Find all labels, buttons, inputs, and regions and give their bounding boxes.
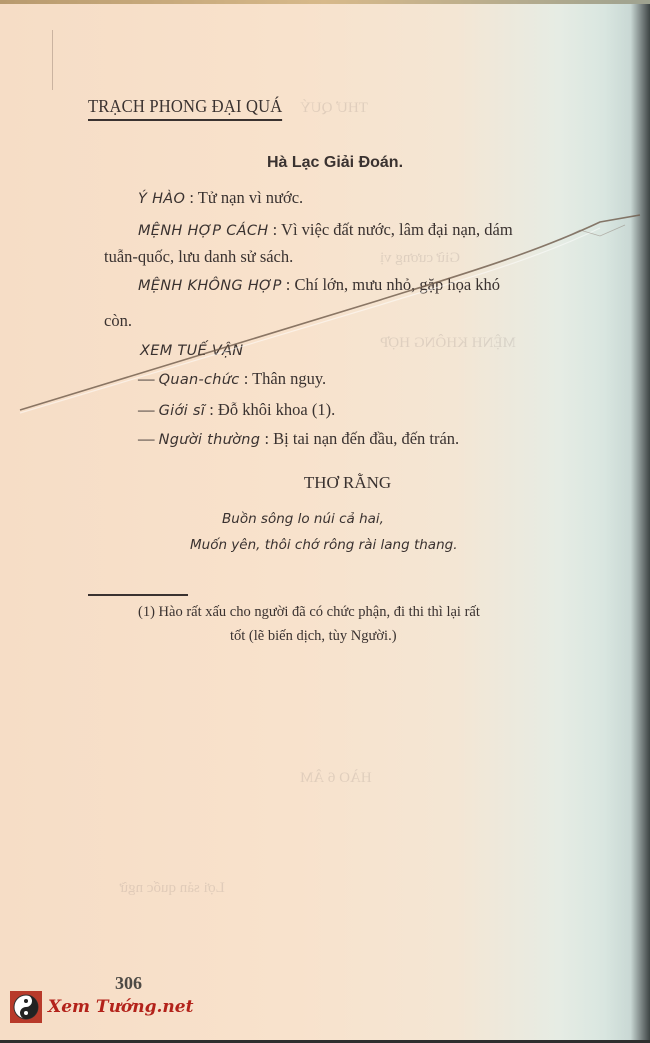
menh-hop-cach-label: MỆNH HỢP CÁCH <box>138 223 269 239</box>
dash: — <box>138 369 155 388</box>
bleed-through: THƯ QUÝ <box>300 100 368 117</box>
watermark[interactable]: Xem Tướng.net <box>10 991 193 1023</box>
tue-van-item-text: : Đỗ khôi khoa (1). <box>209 400 335 419</box>
xem-tue-van-heading: XEM TUẾ VẬN <box>140 335 243 366</box>
y-hao-paragraph: Ý HÀO : Tử nạn vì nước. <box>138 183 303 214</box>
tue-van-item: — Quan-chức : Thân nguy. <box>138 364 326 395</box>
poem-title: THƠ RẰNG <box>0 473 650 493</box>
tue-van-item-label: Người thường <box>159 432 261 448</box>
tue-van-item: — Người thường : Bị tai nạn đến đầu, đến… <box>138 424 459 455</box>
crease-line <box>52 30 53 90</box>
tue-van-item-text: : Thân nguy. <box>244 369 327 388</box>
menh-khong-hop-label: MỆNH KHÔNG HỢP <box>138 278 282 294</box>
bleed-through: MỆNH KHÔNG HỢP <box>380 335 516 352</box>
tue-van-item: — Giới sĩ : Đỗ khôi khoa (1). <box>138 395 335 426</box>
y-hao-text: : Tử nạn vì nước. <box>189 188 303 207</box>
running-head: TRẠCH PHONG ĐẠI QUÁ <box>88 96 282 121</box>
menh-khong-hop-continuation: còn. <box>104 306 132 335</box>
y-hao-label: Ý HÀO <box>138 191 185 207</box>
menh-khong-hop-text: : Chí lớn, mưu nhỏ, gặp họa khó <box>286 275 500 294</box>
bleed-through: Giữ cương vị <box>380 250 460 267</box>
xem-tue-van-label: XEM TUẾ VẬN <box>140 343 243 359</box>
bleed-through: Lợi sản quốc ngữ <box>120 880 225 897</box>
poem-line: Buồn sông lo núi cả hai, <box>222 511 384 527</box>
tue-van-item-label: Quan-chức <box>159 372 240 388</box>
poem-line: Muốn yên, thôi chớ rông rài lang thang. <box>190 537 458 553</box>
dash: — <box>138 429 155 448</box>
footnote-line: tốt (lẽ biến dịch, tùy Người.) <box>230 628 397 645</box>
footnote-rule <box>88 594 188 596</box>
footnote-line: (1) Hào rất xấu cho người đã có chức phậ… <box>138 604 480 621</box>
dash: — <box>138 400 155 419</box>
tue-van-item-text: : Bị tai nạn đến đầu, đến trán. <box>264 429 459 448</box>
menh-hop-cach-text: : Vì việc đất nước, lâm đại nạn, dám <box>273 220 513 239</box>
bleed-through: HÀO 6 ÂM <box>300 770 372 787</box>
menh-hop-cach-continuation: tuẫn-quốc, lưu danh sử sách. <box>104 242 293 271</box>
section-title: Hà Lạc Giải Đoán. <box>0 154 650 172</box>
page-top-edge <box>0 0 650 4</box>
watermark-text: Xem Tướng.net <box>48 997 193 1017</box>
tue-van-item-label: Giới sĩ <box>159 403 205 419</box>
yin-yang-icon <box>10 991 42 1023</box>
menh-khong-hop-paragraph: MỆNH KHÔNG HỢP : Chí lớn, mưu nhỏ, gặp h… <box>138 270 500 301</box>
